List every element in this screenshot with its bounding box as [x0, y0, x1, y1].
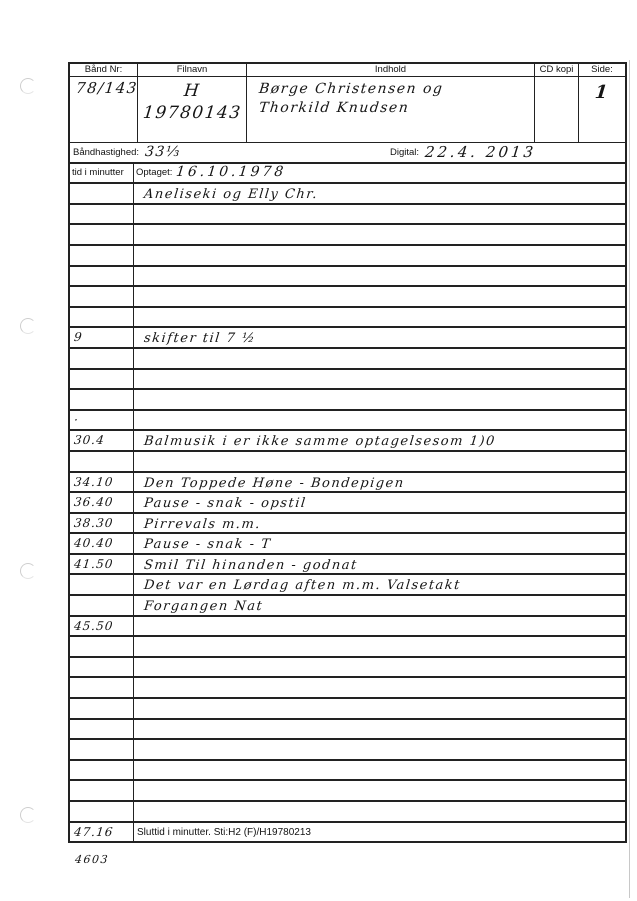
cd-kopi-label: CD kopi [535, 64, 578, 77]
content-cell: Det var en Lørdag aften m.m. Valsetakt [134, 575, 625, 594]
punch-hole [20, 318, 36, 334]
time-cell [70, 678, 134, 697]
digital-field: Digital: 22.4. 2013 [390, 143, 536, 162]
time-cell [70, 349, 134, 368]
content-text: Pause - snak - T [143, 535, 272, 554]
log-row [68, 349, 627, 370]
log-rows: Aneliseki og Elly Chr.9skifter til 7 ½·3… [68, 184, 627, 822]
log-row [68, 802, 627, 823]
content-cell [134, 802, 625, 821]
time-value: 38.30 [73, 514, 114, 533]
time-cell [70, 575, 134, 594]
optaget-field: Optaget: 16.10.1978 [134, 164, 625, 183]
content-cell [134, 740, 625, 759]
log-row [68, 267, 627, 288]
bandhastighed-value: 33⅓ [144, 144, 182, 160]
log-row: 45.50 [68, 617, 627, 638]
log-row: 41.50Smil Til hinanden - godnat [68, 555, 627, 576]
content-cell [134, 678, 625, 697]
punch-hole [20, 563, 36, 579]
content-cell [134, 452, 625, 471]
log-row [68, 781, 627, 802]
cd-kopi-column: CD kopi [535, 64, 579, 142]
time-cell [70, 699, 134, 718]
indhold-value: Børge Christensen og Thorkild Knudsen [259, 79, 443, 117]
content-text: Aneliseki og Elly Chr. [143, 185, 319, 204]
log-row: · [68, 411, 627, 432]
time-cell: · [70, 411, 134, 430]
log-row [68, 452, 627, 473]
log-row: Forgangen Nat [68, 596, 627, 617]
time-cell [70, 184, 134, 203]
log-row [68, 720, 627, 741]
log-row: Det var en Lørdag aften m.m. Valsetakt [68, 575, 627, 596]
time-cell [70, 658, 134, 677]
log-row: Aneliseki og Elly Chr. [68, 184, 627, 205]
log-row [68, 205, 627, 226]
content-cell [134, 349, 625, 368]
content-cell: Den Toppede Høne - Bondepigen [134, 473, 625, 492]
time-cell [70, 390, 134, 409]
page-edge [629, 60, 630, 898]
time-value: 30.4 [73, 431, 106, 450]
filnavn-label: Filnavn [138, 64, 246, 77]
filnavn-value: H 19780143 [138, 80, 246, 124]
indhold-label: Indhold [247, 64, 534, 77]
log-row [68, 390, 627, 411]
log-row: 36.40Pause - snak - opstil [68, 493, 627, 514]
sluttid-text: Sluttid i minutter. Sti:H2 (F)/H19780213 [134, 823, 625, 842]
content-text: Den Toppede Høne - Bondepigen [143, 474, 406, 493]
log-row: 38.30Pirrevals m.m. [68, 514, 627, 535]
optaget-label: Optaget: [136, 163, 172, 182]
bandhastighed-row: Båndhastighed: 33⅓ Digital: 22.4. 2013 [68, 143, 627, 164]
time-cell [70, 205, 134, 224]
log-row: 30.4Balmusik i er ikke samme optagelseso… [68, 431, 627, 452]
time-cell [70, 287, 134, 306]
log-row [68, 658, 627, 679]
time-cell: 30.4 [70, 431, 134, 450]
band-nr-value: 78/143 [75, 80, 139, 97]
content-cell [134, 287, 625, 306]
band-nr-label: Bånd Nr: [70, 64, 137, 77]
log-row [68, 678, 627, 699]
content-cell [134, 267, 625, 286]
time-cell [70, 781, 134, 800]
filnavn-column: Filnavn H 19780143 [138, 64, 247, 142]
content-cell [134, 370, 625, 389]
time-cell [70, 637, 134, 656]
filnavn-line-1: H [183, 81, 202, 102]
indhold-column: Indhold Børge Christensen og Thorkild Kn… [247, 64, 535, 142]
side-column: Side: 1 [579, 64, 625, 142]
punch-hole [20, 78, 36, 94]
side-value: 1 [578, 82, 626, 103]
time-cell [70, 267, 134, 286]
time-cell [70, 308, 134, 327]
log-row [68, 370, 627, 391]
log-row [68, 287, 627, 308]
content-text: Balmusik i er ikke samme optagelsesom 1)… [143, 432, 497, 451]
content-cell [134, 390, 625, 409]
header-table: Bånd Nr: 78/143 Filnavn H 19780143 Indho… [68, 62, 627, 143]
punch-hole [20, 807, 36, 823]
footnote-number: 4603 [74, 853, 109, 866]
digital-label: Digital: [390, 147, 419, 158]
time-cell [70, 596, 134, 615]
filnavn-line-2: 19780143 [142, 103, 243, 124]
band-nr-column: Bånd Nr: 78/143 [70, 64, 138, 142]
content-cell: Pause - snak - T [134, 534, 625, 553]
content-cell [134, 617, 625, 636]
end-time-cell: 47.16 [70, 823, 134, 842]
log-row [68, 740, 627, 761]
time-cell: 41.50 [70, 555, 134, 574]
side-label: Side: [579, 64, 625, 77]
content-text: Pause - snak - opstil [143, 494, 307, 513]
content-text: Forgangen Nat [143, 597, 264, 616]
time-value: 45.50 [73, 617, 114, 636]
content-cell: Aneliseki og Elly Chr. [134, 184, 625, 203]
time-value: · [73, 411, 80, 430]
optaget-value: 16.10.1978 [175, 163, 287, 182]
content-cell [134, 699, 625, 718]
time-value: 41.50 [73, 555, 114, 574]
log-row [68, 308, 627, 329]
content-cell [134, 781, 625, 800]
time-cell [70, 452, 134, 471]
time-cell [70, 246, 134, 265]
bandhastighed-label: Båndhastighed: [73, 147, 139, 158]
content-cell: Pirrevals m.m. [134, 514, 625, 533]
time-cell: 38.30 [70, 514, 134, 533]
tape-log-sheet: Bånd Nr: 78/143 Filnavn H 19780143 Indho… [68, 62, 627, 843]
indhold-line-2: Thorkild Knudsen [258, 99, 410, 117]
time-cell [70, 740, 134, 759]
time-cell [70, 225, 134, 244]
time-cell [70, 720, 134, 739]
digital-value: 22.4. 2013 [424, 143, 537, 161]
time-value: 36.40 [73, 493, 114, 512]
content-cell: Forgangen Nat [134, 596, 625, 615]
optaget-row: tid i minutter Optaget: 16.10.1978 [68, 164, 627, 185]
time-cell: 36.40 [70, 493, 134, 512]
content-cell [134, 658, 625, 677]
log-row [68, 761, 627, 782]
log-row [68, 246, 627, 267]
indhold-line-1: Børge Christensen og [258, 80, 444, 98]
time-cell [70, 370, 134, 389]
time-cell: 45.50 [70, 617, 134, 636]
content-cell [134, 308, 625, 327]
time-cell: 40.40 [70, 534, 134, 553]
end-time-value: 47.16 [73, 823, 114, 842]
content-cell: Balmusik i er ikke samme optagelsesom 1)… [134, 431, 625, 450]
log-row: 40.40Pause - snak - T [68, 534, 627, 555]
content-cell: Pause - snak - opstil [134, 493, 625, 512]
log-row: 9skifter til 7 ½ [68, 328, 627, 349]
time-cell: 34.10 [70, 473, 134, 492]
content-cell [134, 246, 625, 265]
time-value: 34.10 [73, 473, 114, 492]
content-cell [134, 637, 625, 656]
content-text: Det var en Lørdag aften m.m. Valsetakt [143, 576, 462, 595]
content-cell [134, 720, 625, 739]
content-cell [134, 205, 625, 224]
time-value: 9 [73, 328, 84, 347]
time-cell [70, 761, 134, 780]
content-text: skifter til 7 ½ [143, 329, 257, 348]
content-cell [134, 411, 625, 430]
log-row [68, 225, 627, 246]
log-row: 34.10Den Toppede Høne - Bondepigen [68, 473, 627, 494]
time-column-label: tid i minutter [70, 164, 134, 183]
content-cell: skifter til 7 ½ [134, 328, 625, 347]
content-cell: Smil Til hinanden - godnat [134, 555, 625, 574]
log-row [68, 637, 627, 658]
time-cell: 9 [70, 328, 134, 347]
sluttid-row: 47.16 Sluttid i minutter. Sti:H2 (F)/H19… [68, 823, 627, 844]
content-cell [134, 225, 625, 244]
content-text: Smil Til hinanden - godnat [143, 556, 359, 575]
time-cell [70, 802, 134, 821]
time-value: 40.40 [73, 534, 114, 553]
log-row [68, 699, 627, 720]
content-text: Pirrevals m.m. [143, 515, 262, 534]
content-cell [134, 761, 625, 780]
